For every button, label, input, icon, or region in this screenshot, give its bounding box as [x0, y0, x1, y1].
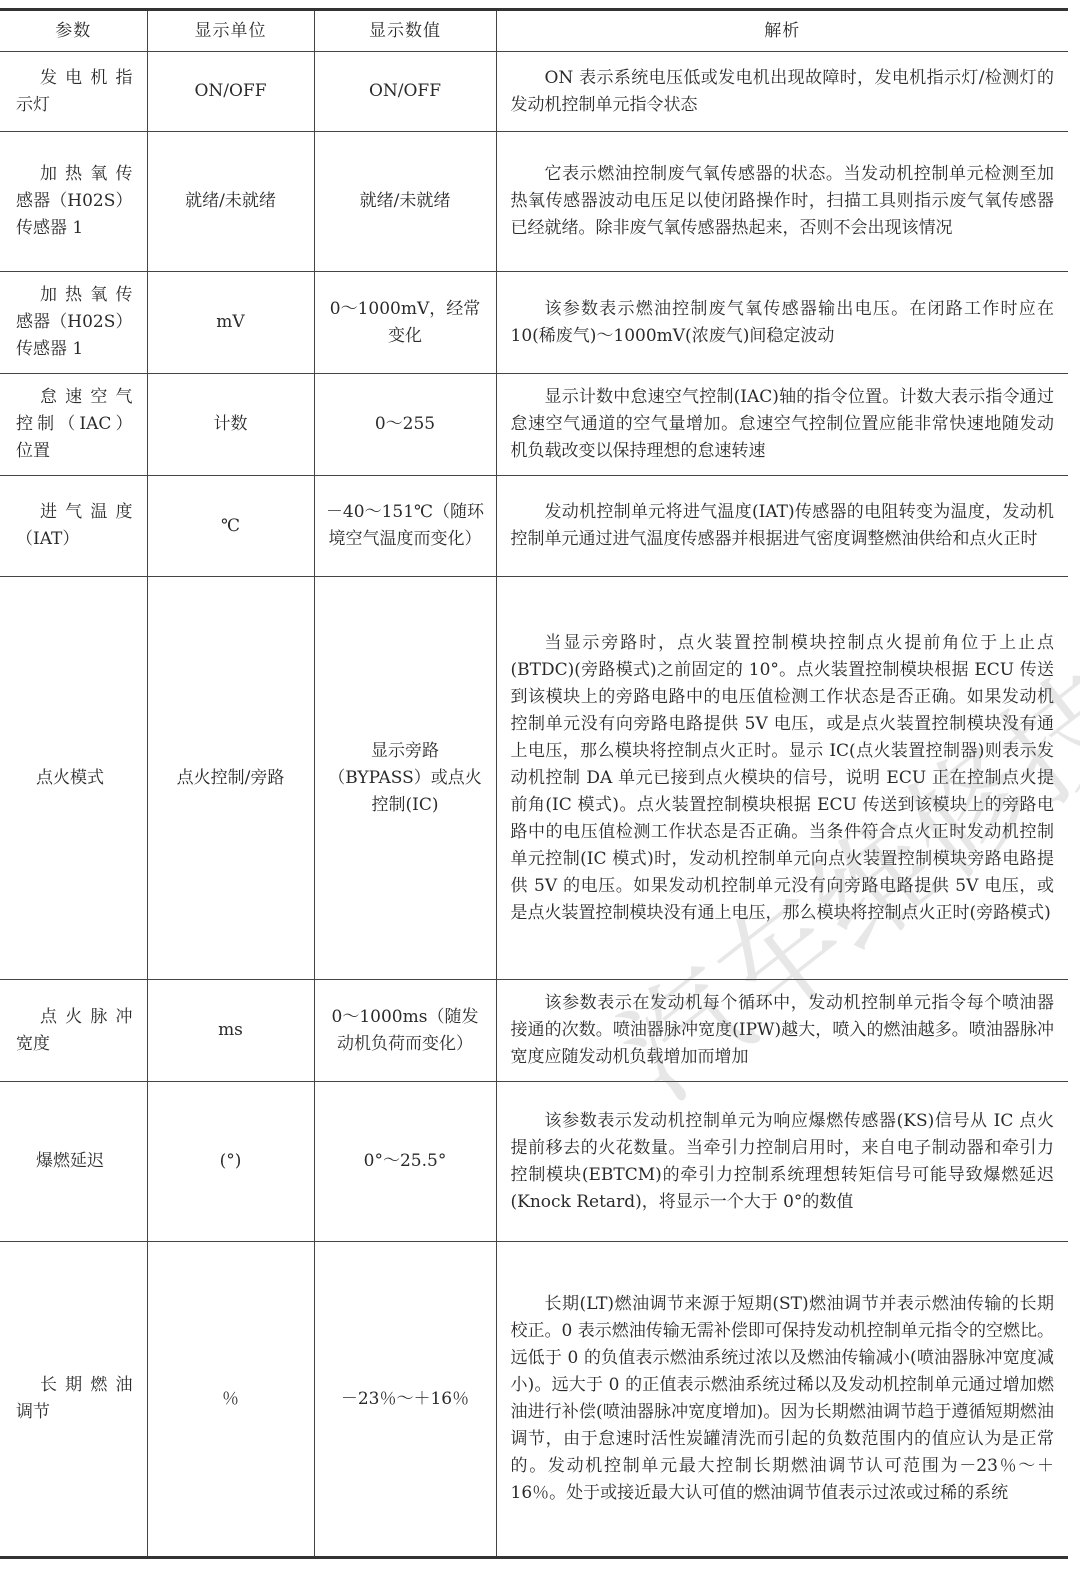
- analysis-text: 当显示旁路时，点火装置控制模块控制点火提前角位于上止点(BTDC)(旁路模式)之…: [511, 630, 1055, 927]
- parameter-name-line1: 点火脉冲: [16, 1004, 133, 1031]
- table-row: 长期燃油调节％－23％～＋16％长期(LT)燃油调节来源于短期(ST)燃油调节并…: [0, 1242, 1068, 1558]
- parameter-name-line1: 发电机指: [16, 65, 133, 92]
- table-header-row: 参数 显示单位 显示数值 解析: [0, 10, 1068, 52]
- analysis-text: 该参数表示发动机控制单元为响应爆燃传感器(KS)信号从 IC 点火提前移去的火花…: [511, 1108, 1055, 1216]
- cell-parameter: 爆燃延迟: [0, 1082, 147, 1242]
- parameter-name-line1: 加热氧传: [16, 161, 133, 188]
- analysis-text: 该参数表示燃油控制废气氧传感器输出电压。在闭路工作时应在 10(稀废气)～100…: [511, 296, 1055, 350]
- cell-display-unit: mV: [147, 272, 314, 374]
- cell-display-unit: 计数: [147, 374, 314, 476]
- table-row: 加热氧传感器（H02S）传感器 1mV0～1000mV，经常变化该参数表示燃油控…: [0, 272, 1068, 374]
- parameter-name: 点火模式: [36, 768, 104, 788]
- cell-parameter: 加热氧传感器（H02S）传感器 1: [0, 272, 147, 374]
- cell-display-unit: 就绪/未就绪: [147, 132, 314, 272]
- cell-display-unit: ms: [147, 980, 314, 1082]
- cell-display-unit: ON/OFF: [147, 52, 314, 132]
- cell-analysis: 该参数表示发动机控制单元为响应爆燃传感器(KS)信号从 IC 点火提前移去的火花…: [496, 1082, 1068, 1242]
- cell-display-unit: 点火控制/旁路: [147, 577, 314, 980]
- parameter-name-line1: 进气温度: [16, 499, 133, 526]
- cell-display-value: 0°～25.5°: [314, 1082, 496, 1242]
- cell-display-value: －40～151℃（随环境空气温度而变化）: [314, 476, 496, 577]
- cell-parameter: 怠速空气控制（IAC）位置: [0, 374, 147, 476]
- cell-analysis: 发动机控制单元将进气温度(IAT)传感器的电阻转变为温度，发动机控制单元通过进气…: [496, 476, 1068, 577]
- cell-display-unit: ℃: [147, 476, 314, 577]
- parameter-name-line2: 控制（IAC）位置: [16, 411, 133, 465]
- parameter-name-line2: 感器（H02S）传感器 1: [16, 188, 133, 242]
- parameter-name-line2: 调节: [16, 1399, 133, 1426]
- cell-display-unit: ％: [147, 1242, 314, 1558]
- parameter-name-line2: （IAT）: [16, 526, 133, 553]
- table-row: 爆燃延迟(°)0°～25.5°该参数表示发动机控制单元为响应爆燃传感器(KS)信…: [0, 1082, 1068, 1242]
- analysis-text: 该参数表示在发动机每个循环中，发动机控制单元指令每个喷油器接通的次数。喷油器脉冲…: [511, 990, 1055, 1071]
- parameter-name-line1: 怠速空气: [16, 384, 133, 411]
- parameter-name-line1: 长期燃油: [16, 1372, 133, 1399]
- cell-display-unit: (°): [147, 1082, 314, 1242]
- cell-display-value: 就绪/未就绪: [314, 132, 496, 272]
- parameter-name-line2: 感器（H02S）传感器 1: [16, 309, 133, 363]
- header-parameter: 参数: [0, 10, 147, 52]
- cell-parameter: 进气温度（IAT）: [0, 476, 147, 577]
- parameter-table: 参数 显示单位 显示数值 解析 发电机指示灯ON/OFFON/OFFON 表示系…: [0, 8, 1068, 1559]
- analysis-text: 显示计数中怠速空气控制(IAC)轴的指令位置。计数大表示指令通过怠速空气通道的空…: [511, 384, 1055, 465]
- cell-parameter: 长期燃油调节: [0, 1242, 147, 1558]
- cell-analysis: 长期(LT)燃油调节来源于短期(ST)燃油调节并表示燃油传输的长期校正。0 表示…: [496, 1242, 1068, 1558]
- analysis-text: 长期(LT)燃油调节来源于短期(ST)燃油调节并表示燃油传输的长期校正。0 表示…: [511, 1291, 1055, 1507]
- cell-display-value: 0～1000mV，经常变化: [314, 272, 496, 374]
- analysis-text: ON 表示系统电压低或发电机出现故障时，发电机指示灯/检测灯的发动机控制单元指令…: [511, 65, 1055, 119]
- header-display-value: 显示数值: [314, 10, 496, 52]
- cell-analysis: 当显示旁路时，点火装置控制模块控制点火提前角位于上止点(BTDC)(旁路模式)之…: [496, 577, 1068, 980]
- cell-analysis: 该参数表示燃油控制废气氧传感器输出电压。在闭路工作时应在 10(稀废气)～100…: [496, 272, 1068, 374]
- cell-analysis: 显示计数中怠速空气控制(IAC)轴的指令位置。计数大表示指令通过怠速空气通道的空…: [496, 374, 1068, 476]
- cell-analysis: ON 表示系统电压低或发电机出现故障时，发电机指示灯/检测灯的发动机控制单元指令…: [496, 52, 1068, 132]
- table-row: 加热氧传感器（H02S）传感器 1就绪/未就绪就绪/未就绪它表示燃油控制废气氧传…: [0, 132, 1068, 272]
- analysis-text: 发动机控制单元将进气温度(IAT)传感器的电阻转变为温度，发动机控制单元通过进气…: [511, 499, 1055, 553]
- cell-display-value: 0～255: [314, 374, 496, 476]
- cell-parameter: 加热氧传感器（H02S）传感器 1: [0, 132, 147, 272]
- table-row: 进气温度（IAT）℃－40～151℃（随环境空气温度而变化）发动机控制单元将进气…: [0, 476, 1068, 577]
- parameter-name: 爆燃延迟: [36, 1151, 104, 1171]
- table-row: 点火模式点火控制/旁路显示旁路（BYPASS）或点火控制(IC)当显示旁路时，点…: [0, 577, 1068, 980]
- parameter-name-line1: 加热氧传: [16, 282, 133, 309]
- cell-analysis: 它表示燃油控制废气氧传感器的状态。当发动机控制单元检测至加热氧传感器波动电压足以…: [496, 132, 1068, 272]
- cell-parameter: 点火模式: [0, 577, 147, 980]
- cell-analysis: 该参数表示在发动机每个循环中，发动机控制单元指令每个喷油器接通的次数。喷油器脉冲…: [496, 980, 1068, 1082]
- cell-display-value: 0～1000ms（随发动机负荷而变化）: [314, 980, 496, 1082]
- header-analysis: 解析: [496, 10, 1068, 52]
- table-row: 发电机指示灯ON/OFFON/OFFON 表示系统电压低或发电机出现故障时，发电…: [0, 52, 1068, 132]
- parameter-name-line2: 宽度: [16, 1031, 133, 1058]
- cell-display-value: －23％～＋16％: [314, 1242, 496, 1558]
- header-display-unit: 显示单位: [147, 10, 314, 52]
- table-row: 点火脉冲宽度ms0～1000ms（随发动机负荷而变化）该参数表示在发动机每个循环…: [0, 980, 1068, 1082]
- analysis-text: 它表示燃油控制废气氧传感器的状态。当发动机控制单元检测至加热氧传感器波动电压足以…: [511, 161, 1055, 242]
- parameter-name-line2: 示灯: [16, 92, 133, 119]
- cell-parameter: 发电机指示灯: [0, 52, 147, 132]
- cell-display-value: 显示旁路（BYPASS）或点火控制(IC): [314, 577, 496, 980]
- table-row: 怠速空气控制（IAC）位置计数0～255显示计数中怠速空气控制(IAC)轴的指令…: [0, 374, 1068, 476]
- document-page: 参数 显示单位 显示数值 解析 发电机指示灯ON/OFFON/OFFON 表示系…: [0, 0, 1080, 1580]
- cell-parameter: 点火脉冲宽度: [0, 980, 147, 1082]
- cell-display-value: ON/OFF: [314, 52, 496, 132]
